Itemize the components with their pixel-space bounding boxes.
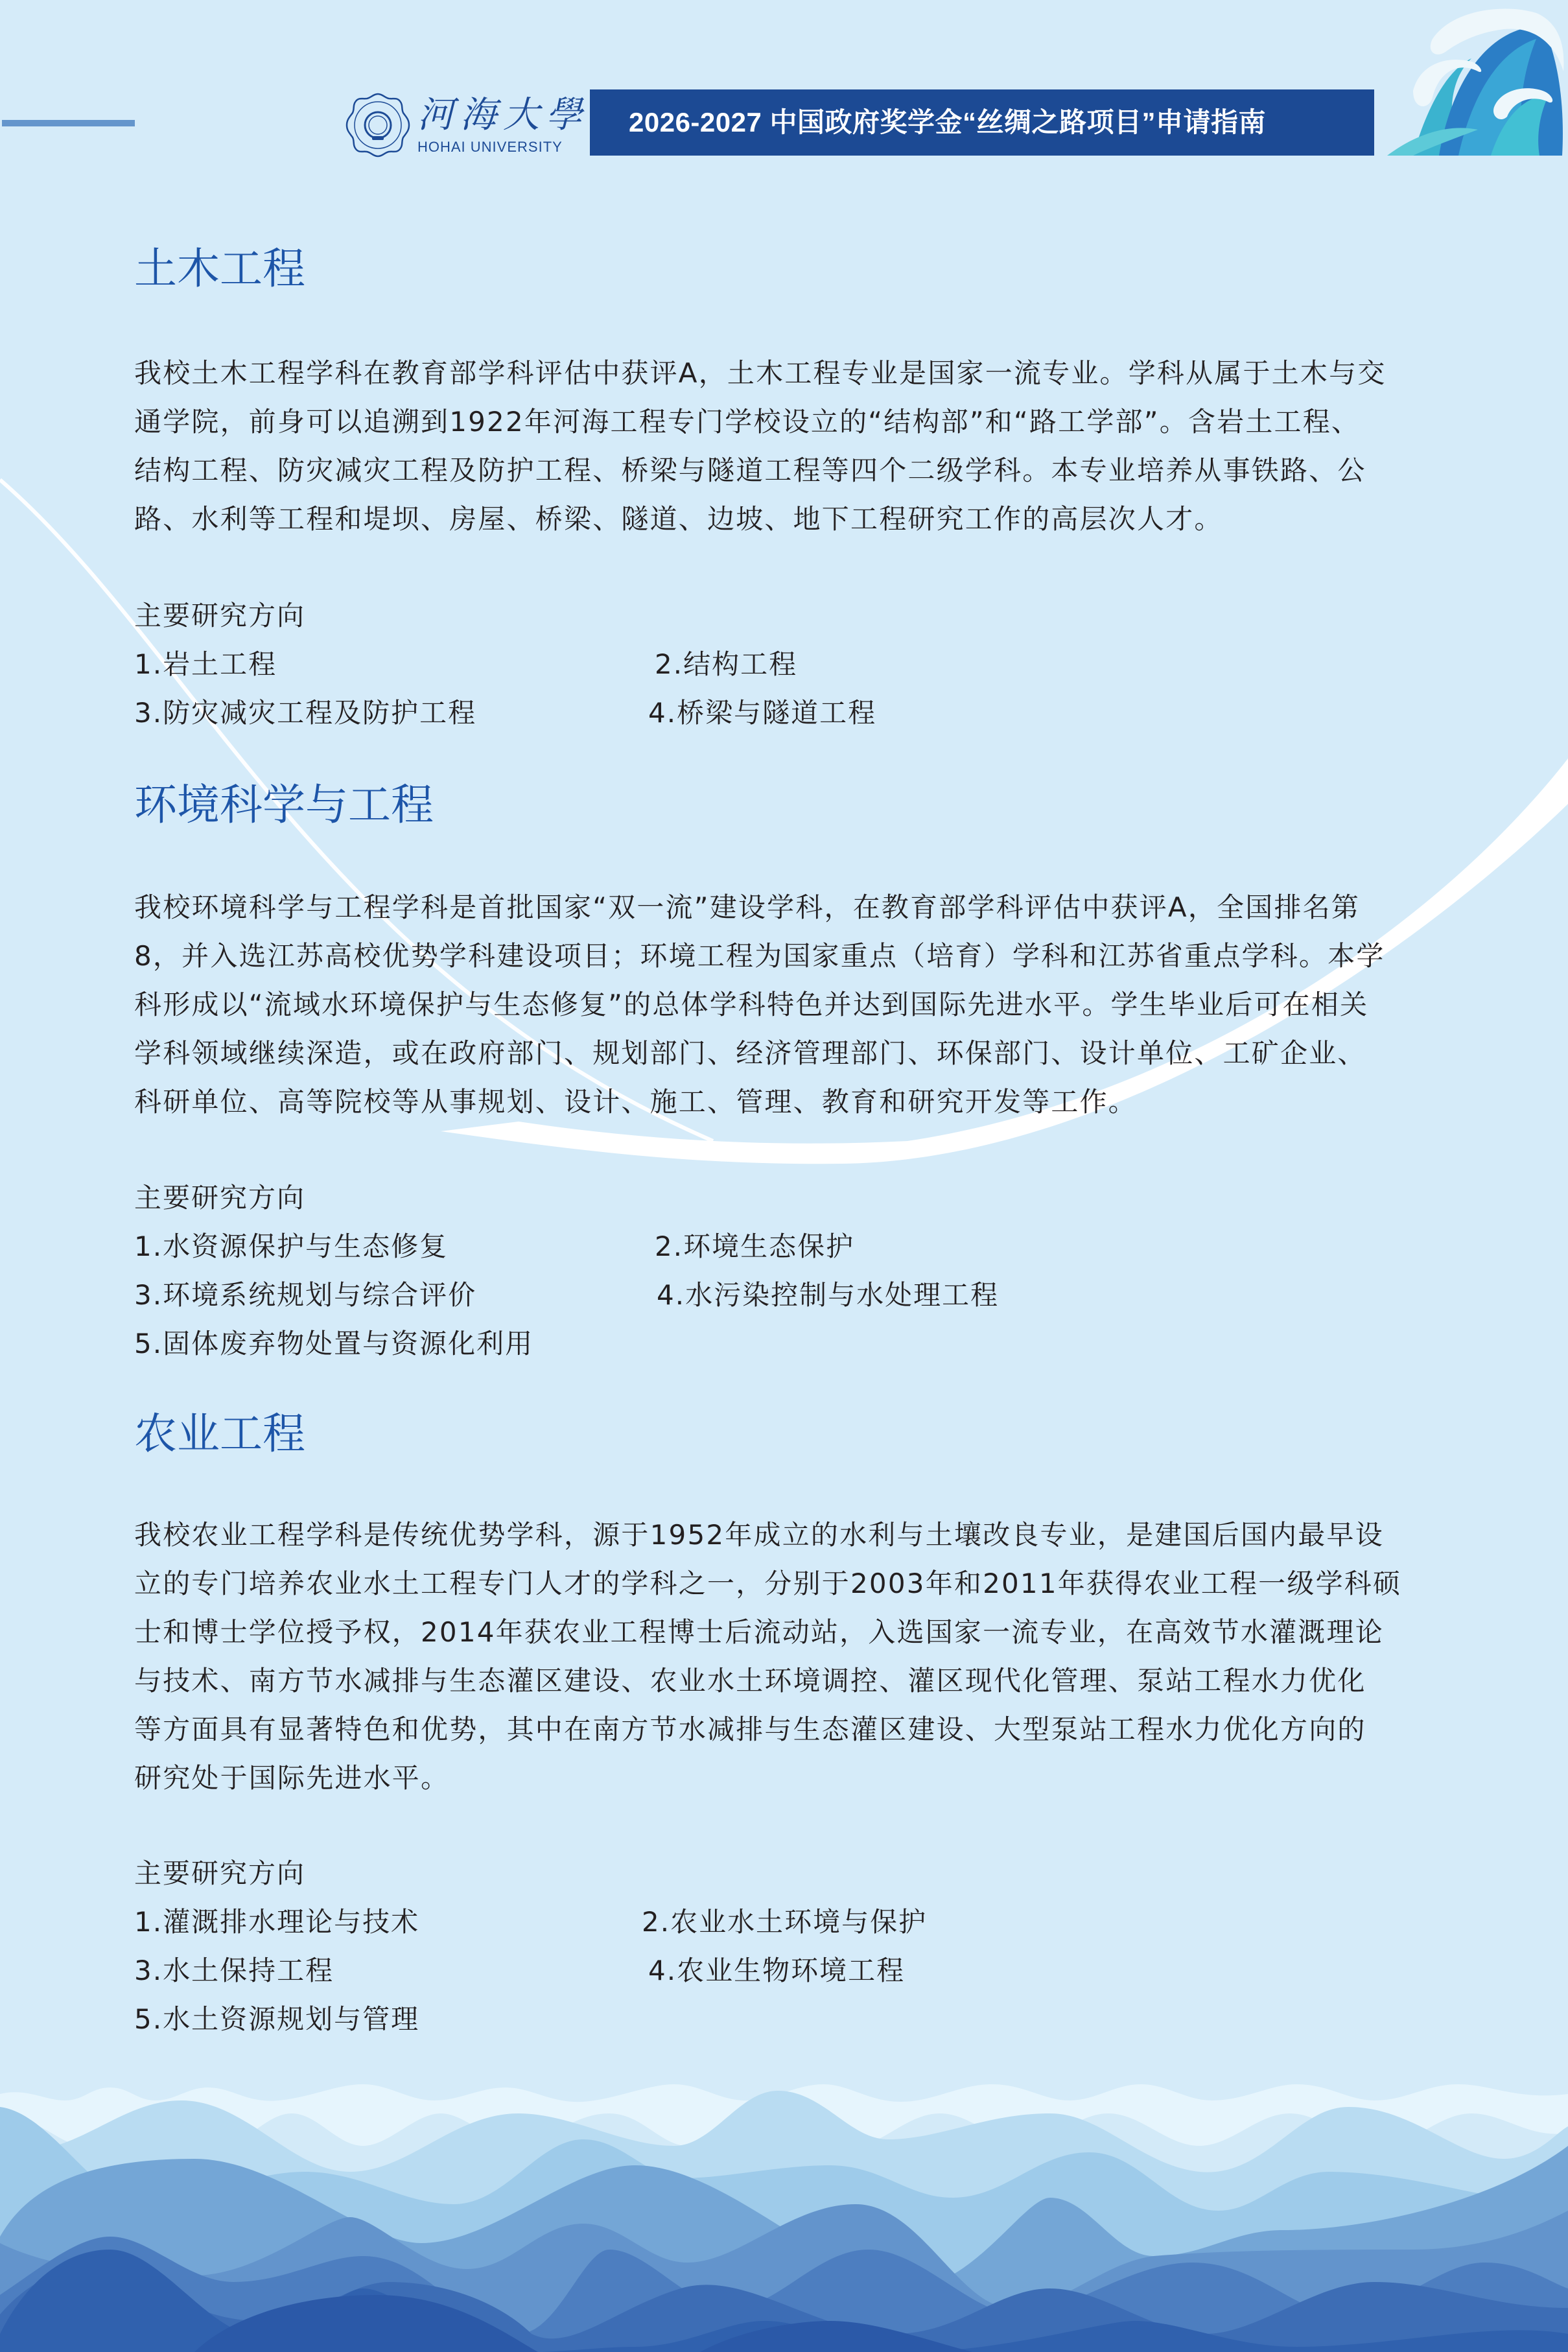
- section-description-civil-engineering: 我校土木工程学科在教育部学科评估中获评A，土木工程专业是国家一流专业。学科从属于…: [134, 349, 1482, 543]
- paragraph-line: 8，并入选江苏高校优势学科建设项目；环境工程为国家重点（培育）学科和江苏省重点学…: [134, 932, 1482, 980]
- paragraph-line: 士和博士学位授予权，2014年获农业工程博士后流动站，入选国家一流专业，在高效节…: [134, 1608, 1482, 1656]
- paragraph-line: 科形成以“流域水环境保护与生态修复”的总体学科特色并达到国际先进水平。学生毕业后…: [134, 980, 1482, 1029]
- university-seal-icon: [345, 92, 411, 158]
- section-description-agricultural-engineering: 我校农业工程学科是传统优势学科，源于1952年成立的水利与土壤改良专业，是建国后…: [134, 1511, 1482, 1802]
- research-direction-item: 5.水土资源规划与管理: [134, 1995, 419, 2043]
- paragraph-line: 等方面具有显著特色和优势，其中在南方节水减排与生态灌区建设、大型泵站工程水力优化…: [134, 1705, 1482, 1754]
- university-logo: 河海大學 HOHAI UNIVERSITY: [345, 92, 550, 158]
- paragraph-line: 我校土木工程学科在教育部学科评估中获评A，土木工程专业是国家一流专业。学科从属于…: [134, 349, 1482, 397]
- paragraph-line: 我校环境科学与工程学科是首批国家“双一流”建设学科，在教育部学科评估中获评A，全…: [134, 883, 1482, 932]
- paragraph-line: 学科领域继续深造，或在政府部门、规划部门、经济管理部门、环保部门、设计单位、工矿…: [134, 1029, 1482, 1077]
- research-direction-item: 3.环境系统规划与综合评价: [134, 1271, 476, 1319]
- paragraph-line: 立的专门培养农业水土工程专门人才的学科之一，分别于2003年和2011年获得农业…: [134, 1559, 1482, 1608]
- research-direction-item: 4.桥梁与隧道工程: [648, 688, 876, 737]
- research-direction-item: 3.水土保持工程: [134, 1946, 334, 1995]
- paragraph-line: 我校农业工程学科是传统优势学科，源于1952年成立的水利与土壤改良专业，是建国后…: [134, 1511, 1482, 1559]
- page-title: 2026-2027 中国政府奖学金“丝绸之路项目”申请指南: [629, 89, 1266, 156]
- paragraph-line: 研究处于国际先进水平。: [134, 1754, 1482, 1802]
- research-direction-item: 2.农业水土环境与保护: [642, 1898, 927, 1946]
- research-direction-item: 5.固体废弃物处置与资源化利用: [134, 1319, 533, 1368]
- title-banner: 2026-2027 中国政府奖学金“丝绸之路项目”申请指南: [590, 89, 1374, 156]
- paragraph-line: 与技术、南方节水减排与生态灌区建设、农业水土环境调控、灌区现代化管理、泵站工程水…: [134, 1656, 1482, 1705]
- research-direction-item: 4.水污染控制与水处理工程: [657, 1271, 999, 1319]
- paragraph-line: 结构工程、防灾减灾工程及防护工程、桥梁与隧道工程等四个二级学科。本专业培养从事铁…: [134, 446, 1482, 495]
- paragraph-line: 通学院，前身可以追溯到1922年河海工程专门学校设立的“结构部”和“路工学部”。…: [134, 397, 1482, 446]
- ocean-wave-illustration-icon: [1374, 0, 1568, 159]
- research-direction-item: 2.环境生态保护: [655, 1222, 854, 1271]
- section-title-environmental-science: 环境科学与工程: [134, 779, 434, 831]
- paragraph-line: 路、水利等工程和堤坝、房屋、桥梁、隧道、边坡、地下工程研究工作的高层次人才。: [134, 495, 1482, 543]
- research-direction-item: 2.结构工程: [655, 640, 797, 688]
- research-direction-item: 1.岩土工程: [134, 640, 277, 688]
- research-directions-heading: 主要研究方向: [134, 1849, 305, 1898]
- paragraph-line: 科研单位、高等院校等从事规划、设计、施工、管理、教育和研究开发等工作。: [134, 1077, 1482, 1126]
- research-direction-item: 3.防灾减灾工程及防护工程: [134, 688, 476, 737]
- university-name-cn: 河海大學: [417, 95, 589, 136]
- decorative-header-line: [2, 120, 135, 126]
- university-name-en: HOHAI UNIVERSITY: [417, 139, 563, 156]
- section-title-civil-engineering: 土木工程: [134, 243, 305, 295]
- section-title-agricultural-engineering: 农业工程: [134, 1408, 305, 1460]
- research-directions-heading: 主要研究方向: [134, 591, 305, 640]
- research-direction-item: 1.水资源保护与生态修复: [134, 1222, 448, 1271]
- research-direction-item: 1.灌溉排水理论与技术: [134, 1898, 419, 1946]
- research-direction-item: 4.农业生物环境工程: [648, 1946, 905, 1995]
- section-description-environmental-science: 我校环境科学与工程学科是首批国家“双一流”建设学科，在教育部学科评估中获评A，全…: [134, 883, 1482, 1126]
- decorative-bottom-waves: [0, 2075, 1568, 2352]
- research-directions-heading: 主要研究方向: [134, 1173, 305, 1222]
